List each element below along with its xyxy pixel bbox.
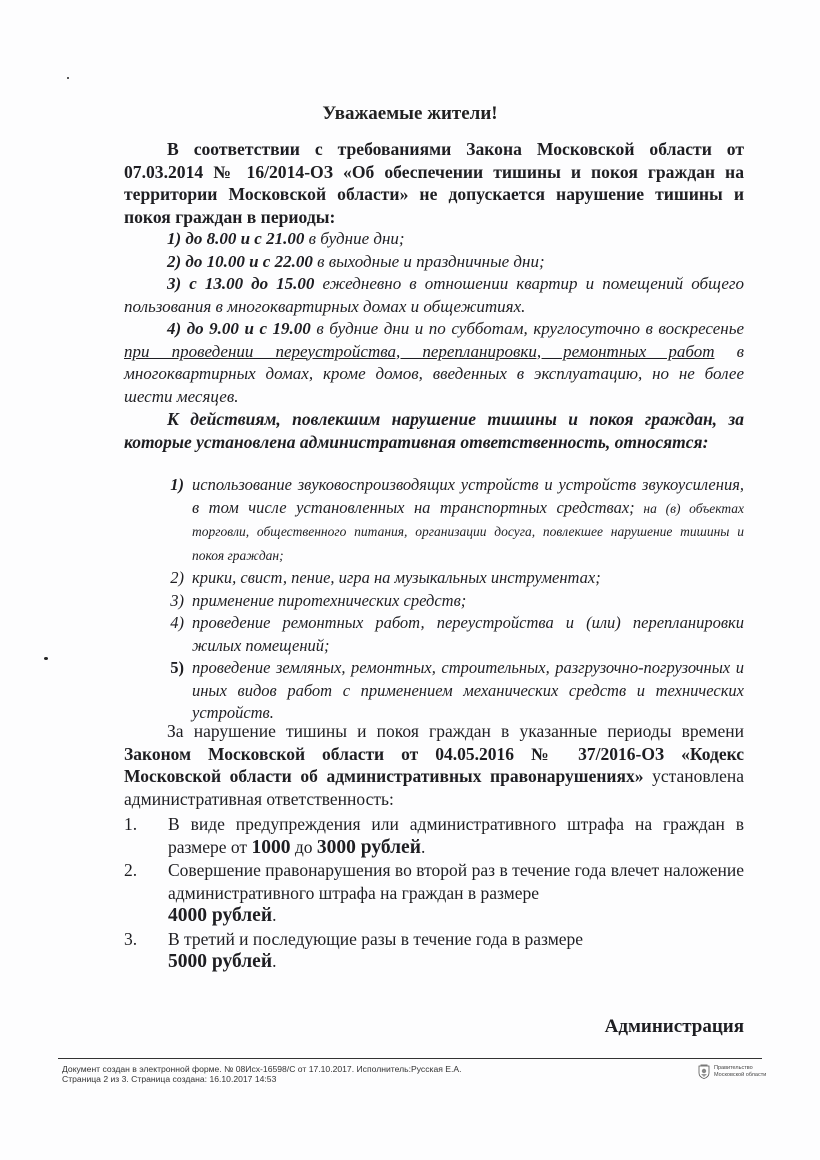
footer-info: Документ создан в электронной форме. № 0… bbox=[62, 1064, 622, 1084]
list-item: 1) использование звуковоспроизводящих ус… bbox=[158, 474, 744, 567]
period-item: 2) до 10.00 и с 22.00 в выходные и празд… bbox=[124, 251, 744, 274]
list-item: 4) проведение ремонтных работ, переустро… bbox=[158, 612, 744, 657]
underlined-phrase: при проведении переустройства, переплани… bbox=[124, 342, 715, 361]
footer-line-2: Страница 2 из 3. Страница создана: 16.10… bbox=[62, 1074, 622, 1084]
list-item: 2) крики, свист, пение, игра на музыкаль… bbox=[158, 567, 744, 590]
document-page: Уважаемые жители! В соответствии с требо… bbox=[0, 0, 820, 1160]
coat-of-arms-icon bbox=[698, 1064, 710, 1079]
scan-speck bbox=[44, 657, 48, 660]
scan-speck bbox=[67, 77, 69, 79]
intro-text: В соответствии с требованиями Закона Мос… bbox=[124, 138, 744, 228]
footer-divider bbox=[58, 1058, 762, 1059]
quiet-periods-list: 1) до 8.00 и с 21.00 в будние дни; 2) до… bbox=[124, 228, 744, 408]
list-item: 5) проведение земляных, ремонтных, строи… bbox=[158, 657, 744, 725]
period-item: 1) до 8.00 и с 21.00 в будние дни; bbox=[124, 228, 744, 251]
violations-list: 1) использование звуковоспроизводящих ус… bbox=[158, 474, 744, 725]
period-item: 3) с 13.00 до 15.00 ежедневно в отношени… bbox=[124, 273, 744, 318]
fines-list: 1. В виде предупреждения или администрат… bbox=[124, 813, 744, 974]
actions-heading: К действиям, повлекшим нарушение тишины … bbox=[124, 408, 744, 453]
actions-heading-text: К действиям, повлекшим нарушение тишины … bbox=[124, 408, 744, 453]
signature: Администрация bbox=[605, 1016, 744, 1038]
fine-item: 2. Совершение правонарушения во второй р… bbox=[124, 859, 744, 928]
page-title: Уважаемые жители! bbox=[0, 103, 820, 125]
period-item: 4) до 9.00 и с 19.00 в будние дни и по с… bbox=[124, 318, 744, 408]
government-logo: Правительство Московской области bbox=[698, 1064, 766, 1079]
fine-item: 3. В третий и последующие разы в течение… bbox=[124, 928, 744, 974]
fine-item: 1. В виде предупреждения или администрат… bbox=[124, 813, 744, 859]
intro-paragraph: В соответствии с требованиями Закона Мос… bbox=[124, 138, 744, 228]
liability-paragraph: За нарушение тишины и покоя граждан в ук… bbox=[124, 720, 744, 810]
footer-line-1: Документ создан в электронной форме. № 0… bbox=[62, 1064, 622, 1074]
list-item: 3) применение пиротехнических средств; bbox=[158, 590, 744, 613]
